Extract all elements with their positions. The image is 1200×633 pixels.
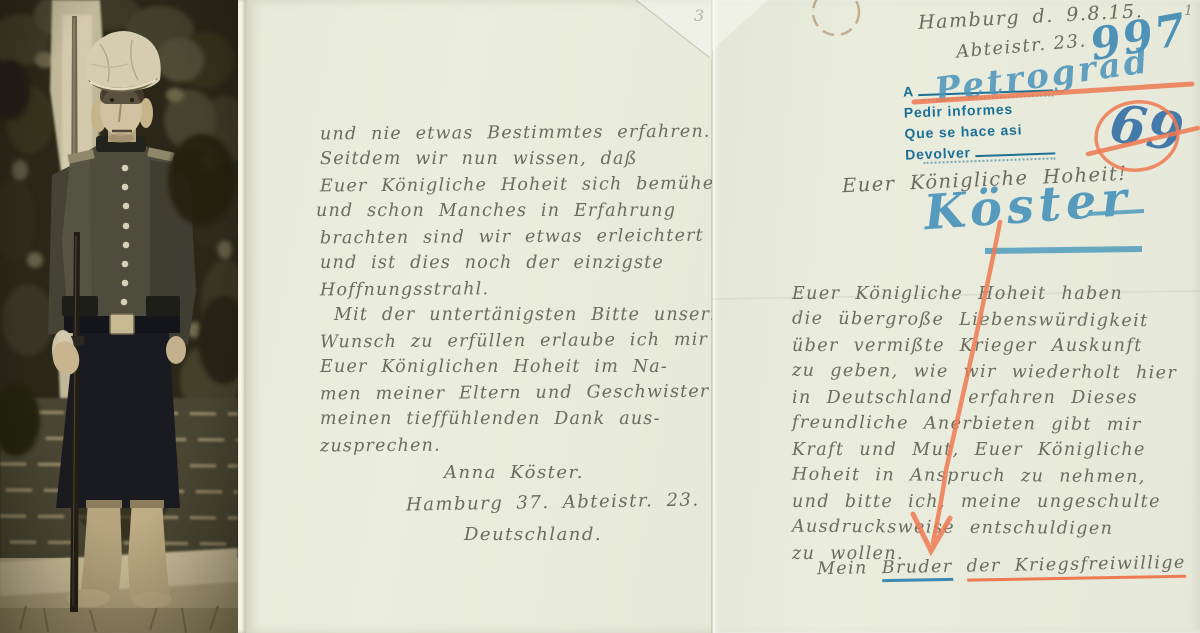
letter-body-center: und nie etwas Bestimmtes erfahren. Seitd…: [320, 120, 727, 458]
soldier-photo: [0, 0, 238, 633]
handwritten-line: Wunsch zu erfüllen erlaube ich mir: [320, 327, 727, 356]
soldier-photo-illustration: [0, 0, 238, 633]
handwritten-line: zusprechen.: [320, 431, 727, 460]
handwritten-line: Ausdrucksweise entschuldigen: [792, 514, 1177, 543]
crossed-out-number: 69: [1106, 93, 1188, 164]
stamp-fill-line: [975, 152, 1055, 157]
handwritten-line: die übergroße Liebenswürdigkeit: [792, 306, 1177, 335]
handwritten-line: und schon Manches in Erfahrung: [316, 198, 727, 224]
handwritten-line: Seitdem wir nun wissen, daß: [320, 146, 727, 172]
handwritten-line: zu geben, wie wir wiederholt hier: [792, 358, 1177, 387]
stamp-row-3: Devolver: [905, 136, 1056, 162]
letter-body-right: Euer Königliche Hoheit haben die übergro…: [792, 281, 1177, 567]
handwritten-line: und ist dies noch der einzigste: [320, 250, 727, 276]
signature-name: Anna Köster.: [444, 462, 584, 483]
final-line-prefix: Mein: [817, 558, 868, 579]
letter-page-center: 3 und nie etwas Bestimmtes erfahren. Sei…: [246, 0, 712, 633]
underlined-word-bruder: Bruder: [882, 557, 953, 582]
letter-page-right: Hamburg d. 9.8.15. Abteistr. 23. 1 A Ped…: [712, 0, 1200, 633]
underlined-words-kriegsfreiwillige: der Kriegsfreiwillige: [966, 553, 1186, 582]
handwritten-line: Kraft und Mut, Euer Königliche: [792, 437, 1177, 463]
page-number-mark: 3: [694, 6, 704, 25]
handwritten-line: Euer Königliche Hoheit sich bemühen: [320, 171, 727, 200]
photo-paper-gap: [238, 0, 246, 633]
signature-country: Deutschland.: [464, 524, 602, 545]
handwritten-line: und nie etwas Bestimmtes erfahren.: [320, 119, 727, 148]
handwritten-line: brachten sind wir etwas erleichtert: [320, 223, 727, 252]
signature-address: Hamburg 37. Abteistr. 23.: [406, 489, 700, 515]
handwritten-line: Euer Königlichen Hoheit im Na-: [320, 354, 727, 380]
handwritten-line: Euer Königliche Hoheit haben: [792, 281, 1177, 307]
handwritten-line: Hoffnungsstrahl.: [320, 275, 727, 304]
handwritten-line: men meiner Eltern und Geschwister: [320, 379, 727, 408]
stamp-a-label: A: [903, 83, 914, 99]
handwritten-line: freundliche Anerbieten gibt mir: [792, 410, 1177, 439]
stamp-devolver-label: Devolver: [905, 144, 971, 162]
scanned-letter-collage: 3 und nie etwas Bestimmtes erfahren. Sei…: [0, 0, 1200, 633]
handwritten-line: Hoheit in Anspruch zu nehmen,: [792, 462, 1177, 491]
handwritten-line: über vermißte Krieger Auskunft: [792, 333, 1177, 359]
handwritten-line: und bitte ich, meine ungeschulte: [792, 489, 1177, 515]
corner-pencil-mark: 1: [1184, 3, 1193, 19]
handwritten-line: in Deutschland erfahren Dieses: [792, 385, 1177, 411]
handwritten-line: Mit der untertänigsten Bitte unsern: [334, 302, 727, 328]
handwritten-line: meinen tieffühlenden Dank aus-: [320, 406, 727, 432]
